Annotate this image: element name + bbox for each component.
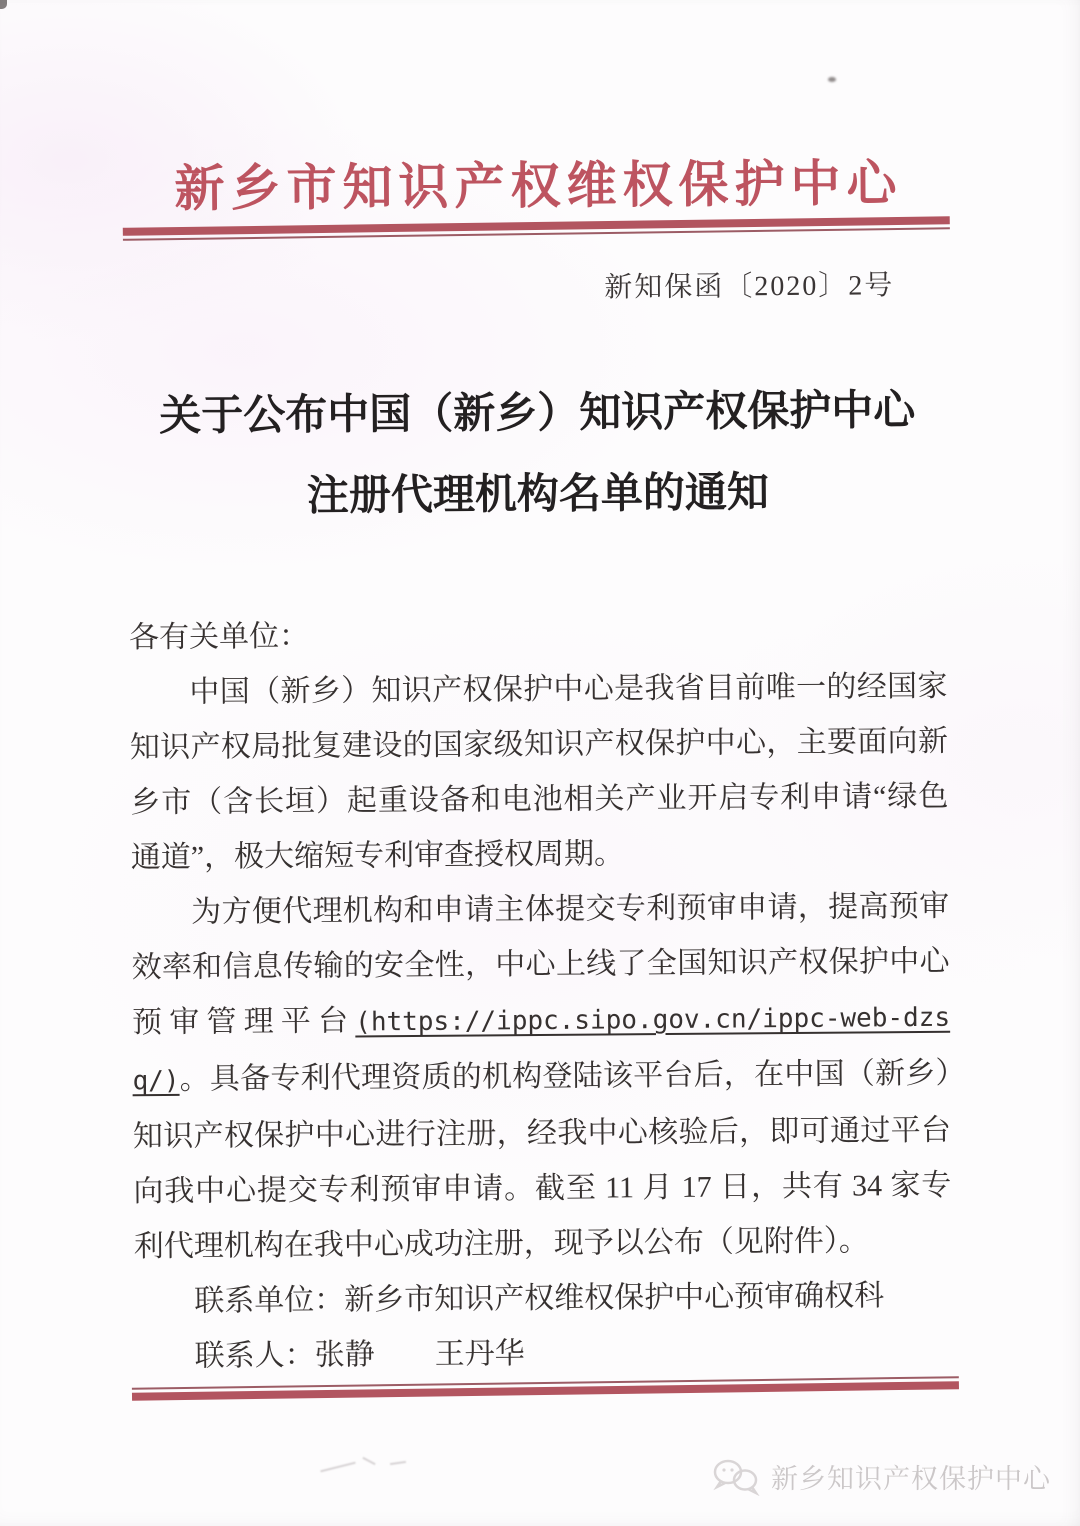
scan-smudge — [320, 1452, 440, 1480]
paragraph-1: 中国（新乡）知识产权保护中心是我省目前唯一的经国家知识产权局批复建设的国家级知识… — [129, 659, 949, 885]
watermark: 新乡知识产权保护中心 — [712, 1456, 1051, 1496]
document-title-line2: 注册代理机构名单的通知 — [0, 451, 1078, 540]
salutation: 各有关单位： — [129, 604, 947, 665]
official-account-logo-icon — [712, 1456, 762, 1496]
scanned-document-page: 新乡市知识产权维权保护中心 新知保函〔2020〕2号 关于公布中国（新乡）知识产… — [0, 0, 1080, 1526]
watermark-label: 新乡知识产权保护中心 — [771, 1457, 1051, 1496]
scan-speck — [828, 77, 836, 82]
letterhead-title: 新乡市知识产权维权保护中心 — [0, 142, 1076, 222]
paragraph-2-text-after: 。具备专利代理资质的机构登陆该平台后，在中国（新乡）知识产权保护中心进行注册，经… — [133, 1057, 952, 1263]
document-title-line1: 关于公布中国（新乡）知识产权保护中心 — [0, 370, 1078, 459]
contact-person-line: 联系人：张静 王丹华 — [134, 1323, 952, 1384]
document-title: 关于公布中国（新乡）知识产权保护中心 注册代理机构名单的通知 — [0, 370, 1078, 540]
document-number: 新知保函〔2020〕2号 — [604, 263, 894, 305]
paragraph-2: 为方便代理机构和申请主体提交专利预审申请，提高预审效率和信息传输的安全性，中心上… — [131, 879, 952, 1274]
document-body: 各有关单位： 中国（新乡）知识产权保护中心是我省目前唯一的经国家知识产权局批复建… — [129, 604, 953, 1384]
contact-unit-line: 联系单位：新乡市知识产权维权保护中心预审确权科 — [134, 1268, 952, 1329]
document-content: 新乡市知识产权维权保护中心 新知保函〔2020〕2号 关于公布中国（新乡）知识产… — [0, 0, 1080, 1526]
